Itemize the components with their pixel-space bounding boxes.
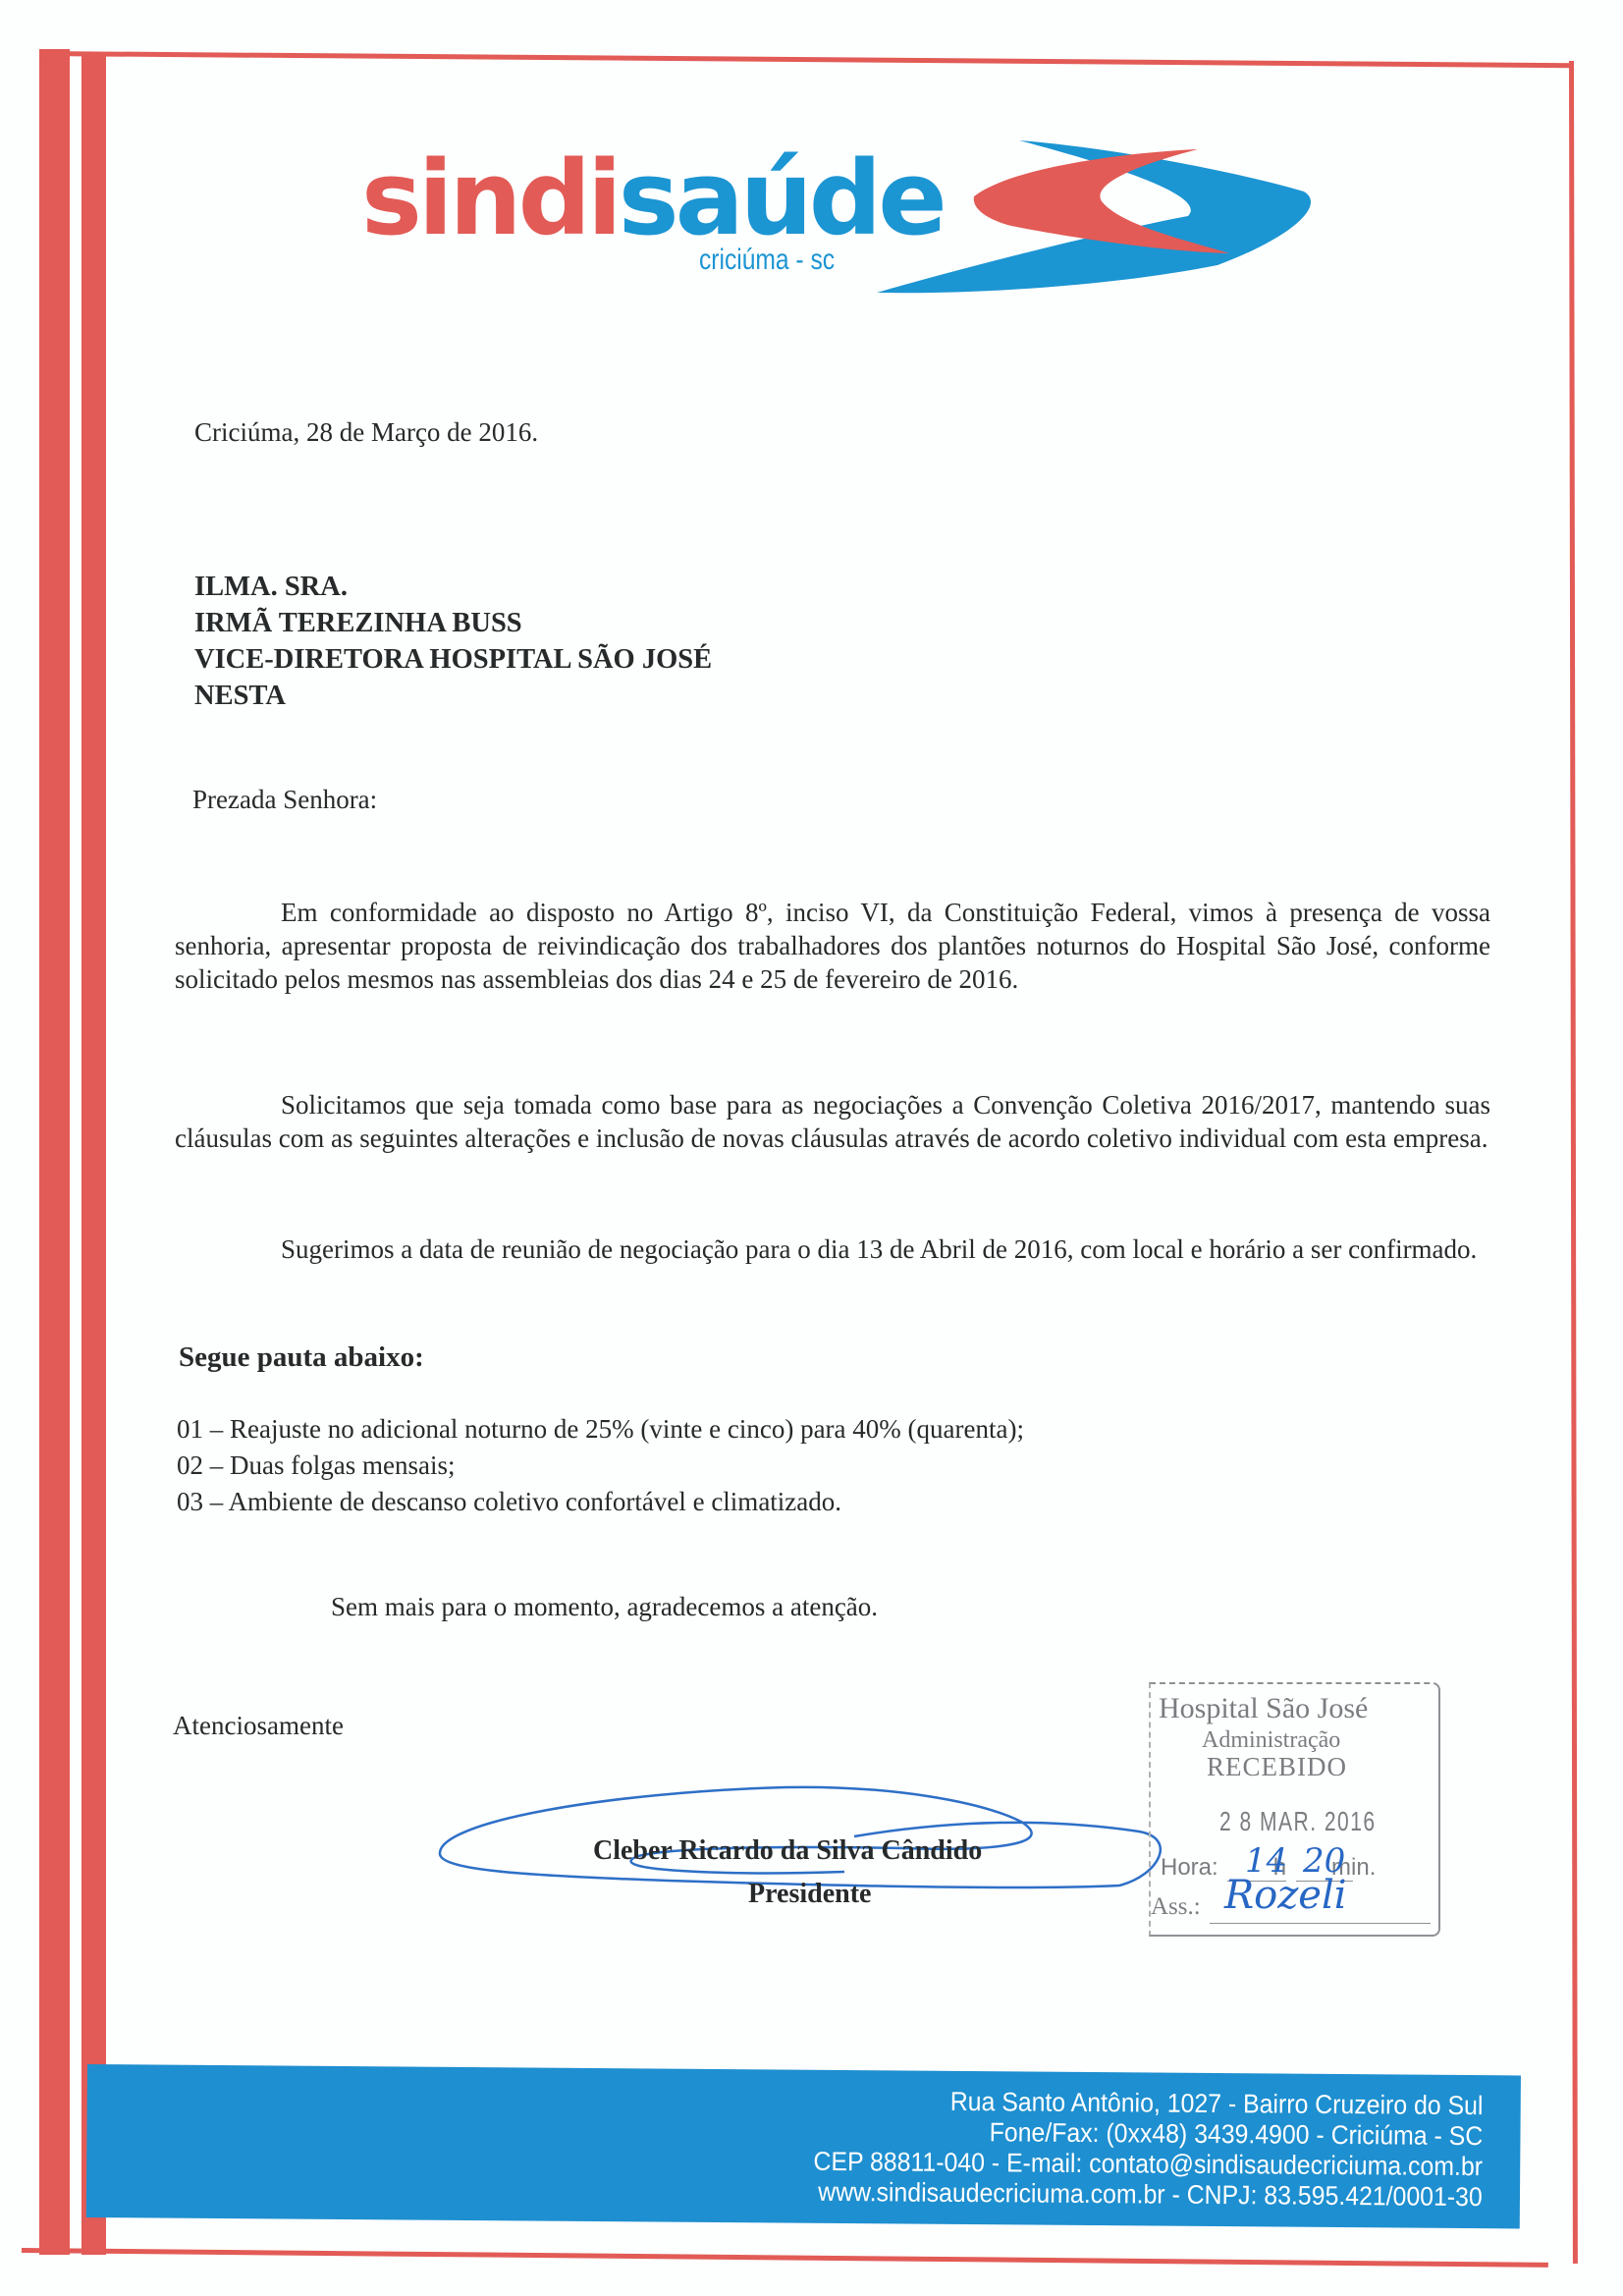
body-paragraph: Sugerimos a data de reunião de negociaçã… — [175, 1232, 1490, 1266]
footer-contact-lines: Rua Santo Antônio, 1027 - Bairro Cruzeir… — [755, 2085, 1484, 2213]
recipient-block: ILMA. SRA. IRMÃ TEREZINHA BUSS VICE-DIRE… — [194, 569, 712, 714]
closing-line: Sem mais para o momento, agradecemos a a… — [331, 1591, 878, 1622]
received-stamp: Hospital São José Administração RECEBIDO… — [1149, 1682, 1440, 1937]
letterhead-border-bottom — [22, 2248, 1548, 2268]
letterhead-border-inner-bar — [81, 53, 106, 2255]
paragraph-text: Solicitamos que seja tomada como base pa… — [175, 1090, 1490, 1153]
agenda-item: 01 – Reajuste no adicional noturno de 25… — [177, 1411, 1024, 1448]
letterhead-border-right — [1569, 61, 1578, 2264]
stamp-signature-handwritten: Rozeli — [1224, 1873, 1347, 1918]
logo-subtitle: criciúma - sc — [699, 244, 835, 277]
recipient-line: ILMA. SRA. — [194, 569, 712, 605]
signer-title: Presidente — [748, 1878, 871, 1911]
stamp-organization: Hospital São José — [1159, 1692, 1368, 1725]
signer-name: Cleber Ricardo da Silva Cândido — [593, 1834, 982, 1868]
body-paragraph: Solicitamos que seja tomada como base pa… — [175, 1088, 1490, 1155]
footer-contact-bar: Rua Santo Antônio, 1027 - Bairro Cruzeir… — [86, 2064, 1521, 2228]
recipient-line: VICE-DIRETORA HOSPITAL SÃO JOSÉ — [194, 641, 712, 678]
letterhead-border-top — [39, 51, 1574, 68]
agenda-item: 02 – Duas folgas mensais; — [177, 1448, 1024, 1484]
stamp-status: RECEBIDO — [1207, 1752, 1347, 1782]
agenda-title: Segue pauta abaixo: — [179, 1340, 424, 1375]
letter-date: Criciúma, 28 de Março de 2016. — [194, 416, 538, 448]
salutation: Prezada Senhora: — [192, 784, 377, 815]
paragraph-text: Em conformidade ao disposto no Artigo 8º… — [175, 898, 1490, 994]
recipient-line: IRMÃ TEREZINHA BUSS — [194, 605, 712, 641]
logo-word-sindi: sindi — [361, 138, 619, 258]
footer-website-cnpj: www.sindisaudecriciuma.com.br - CNPJ: 83… — [813, 2177, 1483, 2213]
logo-wordmark: sindisaúde — [361, 147, 944, 249]
recipient-line: NESTA — [194, 678, 712, 714]
stamp-signature-label: Ass.: — [1151, 1893, 1201, 1921]
regards: Atenciosamente — [173, 1710, 344, 1741]
paragraph-text: Sugerimos a data de reunião de negociaçã… — [281, 1234, 1477, 1264]
body-paragraph: Em conformidade ao disposto no Artigo 8º… — [175, 896, 1490, 996]
stamp-date: 2 8 MAR. 2016 — [1219, 1806, 1377, 1837]
swoosh-logo-icon — [864, 128, 1325, 304]
agenda-list: 01 – Reajuste no adicional noturno de 25… — [177, 1411, 1024, 1520]
stamp-signature-line — [1210, 1923, 1431, 1924]
agenda-item: 03 – Ambiente de descanso coletivo confo… — [177, 1484, 1024, 1520]
stamp-hora-label: Hora: — [1161, 1854, 1218, 1881]
stamp-department: Administração — [1202, 1727, 1340, 1754]
letterhead-border-outer-bar — [39, 49, 70, 2255]
